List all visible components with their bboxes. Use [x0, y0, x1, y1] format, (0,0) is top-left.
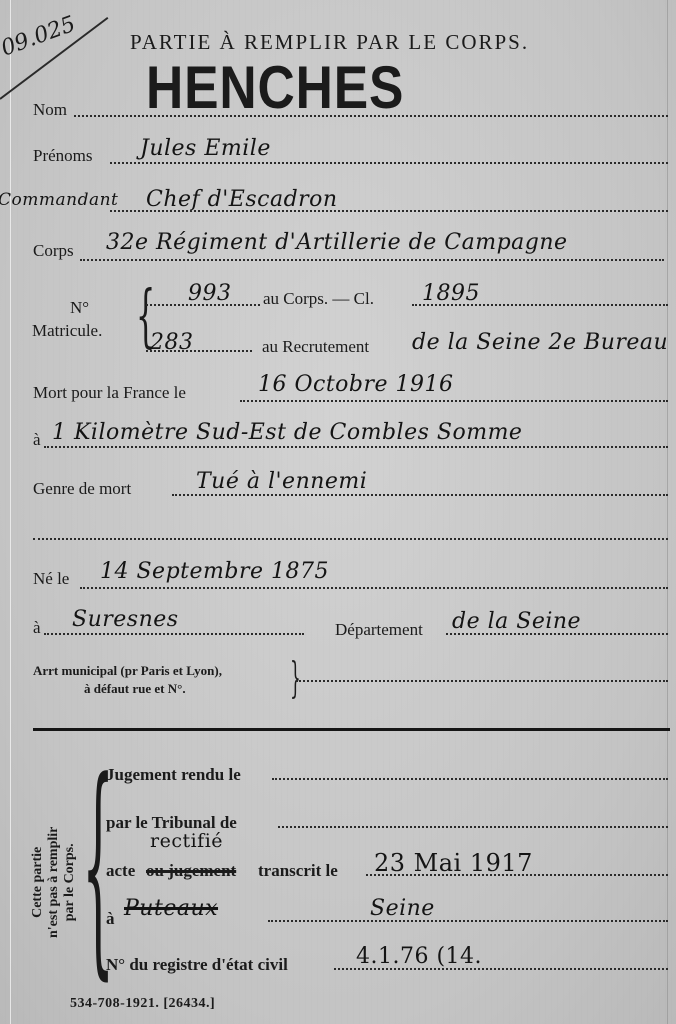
lieu-transcription-struck: Puteaux [124, 898, 218, 920]
corps-label: Corps [33, 242, 74, 259]
departement-value: de la Seine [452, 611, 581, 633]
mort-dotted-line [240, 400, 668, 402]
ne-le-label: Né le [33, 570, 69, 587]
tribunal-label: par le Tribunal de [106, 814, 237, 831]
matricule-no-label: N° [70, 299, 89, 316]
prenoms-label: Prénoms [33, 147, 93, 164]
lieu-mort-label: à [33, 431, 41, 448]
tribunal-dotted-line [278, 826, 668, 828]
arrondissement-label-line1: Arrt municipal (pr Paris et Lyon), [33, 664, 222, 677]
lieu-mort-value: 1 Kilomètre Sud-Est de Combles Somme [52, 422, 522, 444]
matricule-recrutement-value: de la Seine 2e Bureau [412, 332, 668, 354]
print-reference: 534-708-1921. [26434.] [70, 996, 215, 1012]
prenoms-value: Jules Emile [140, 138, 271, 160]
departement-label: Département [335, 621, 423, 638]
arrondissement-dotted-line [296, 680, 668, 682]
matricule-corps-number: 993 [188, 283, 232, 305]
jugement-label: Jugement rendu le [106, 766, 241, 783]
scan-edge-line [10, 0, 11, 1024]
matricule-classe-dotted-line [412, 304, 668, 306]
acte-struck-text: ou jugement [146, 862, 236, 879]
grade-dotted-line [110, 210, 668, 212]
civil-side-note: Cette partie n'est pas à remplir par le … [30, 827, 78, 938]
matricule-label: Matricule. [32, 322, 102, 339]
lieu-naissance-label: à [33, 619, 41, 636]
section-divider [33, 728, 670, 731]
nom-dotted-line [74, 115, 668, 117]
civil-side-note-line2: n'est pas à remplir [46, 827, 62, 938]
registre-value: 4.1.76 (14. [356, 946, 482, 968]
lieu-naissance-value: Suresnes [72, 609, 179, 631]
lieu-mort-dotted-line [44, 446, 668, 448]
corner-annotation: 09.025 [0, 12, 79, 62]
mort-value: 16 Octobre 1916 [258, 374, 454, 396]
matricule-recrutement-dotted-line [146, 350, 252, 352]
grade-margin-correction: Commandant [0, 192, 118, 209]
prenoms-dotted-line [110, 162, 668, 164]
genre-mort-dotted-line [172, 494, 668, 496]
acte-label-prefix: acte [106, 862, 135, 879]
acte-label-suffix: transcrit le [258, 862, 338, 879]
matricule-corps-suffix: au Corps. — Cl. [263, 290, 374, 307]
lieu-transcription-label: à [106, 910, 115, 927]
document-page: 09.025 PARTIE À REMPLIR PAR LE CORPS. HE… [0, 0, 676, 1024]
matricule-recrutement-suffix: au Recrutement [262, 338, 369, 355]
ne-le-dotted-line [80, 587, 668, 589]
blank-dotted-line [33, 538, 668, 540]
genre-mort-label: Genre de mort [33, 480, 131, 497]
registre-dotted-line [334, 968, 668, 970]
nom-label: Nom [33, 101, 67, 118]
ne-le-value: 14 Septembre 1875 [100, 561, 329, 583]
corps-value: 32e Régiment d'Artillerie de Campagne [106, 232, 568, 254]
form-heading: PARTIE À REMPLIR PAR LE CORPS. [130, 30, 529, 55]
mort-label: Mort pour la France le [33, 384, 186, 401]
lieu-naissance-dotted-line [44, 633, 304, 635]
acte-dotted-line [366, 874, 668, 876]
jugement-dotted-line [272, 778, 668, 780]
lieu-transcription-dotted-line [268, 920, 668, 922]
grade-value: Chef d'Escadron [146, 189, 338, 211]
matricule-classe-value: 1895 [422, 283, 480, 305]
matricule-corps-dotted-line [146, 304, 260, 306]
acte-correction: rectifié [150, 832, 223, 851]
corps-dotted-line [80, 259, 664, 261]
arrondissement-label-line2: à défaut rue et N°. [84, 682, 186, 695]
acte-transcription-date: 23 Mai 1917 [374, 851, 533, 875]
genre-mort-value: Tué à l'ennemi [196, 471, 367, 493]
scan-edge-right [667, 0, 668, 1024]
lieu-transcription-value: Seine [370, 898, 435, 920]
departement-dotted-line [446, 633, 668, 635]
civil-side-note-line1: Cette partie [30, 827, 46, 938]
surname-value: HENCHES [146, 58, 404, 118]
registre-label: N° du registre d'état civil [106, 956, 288, 973]
civil-side-note-line3: par le Corps. [62, 827, 78, 938]
